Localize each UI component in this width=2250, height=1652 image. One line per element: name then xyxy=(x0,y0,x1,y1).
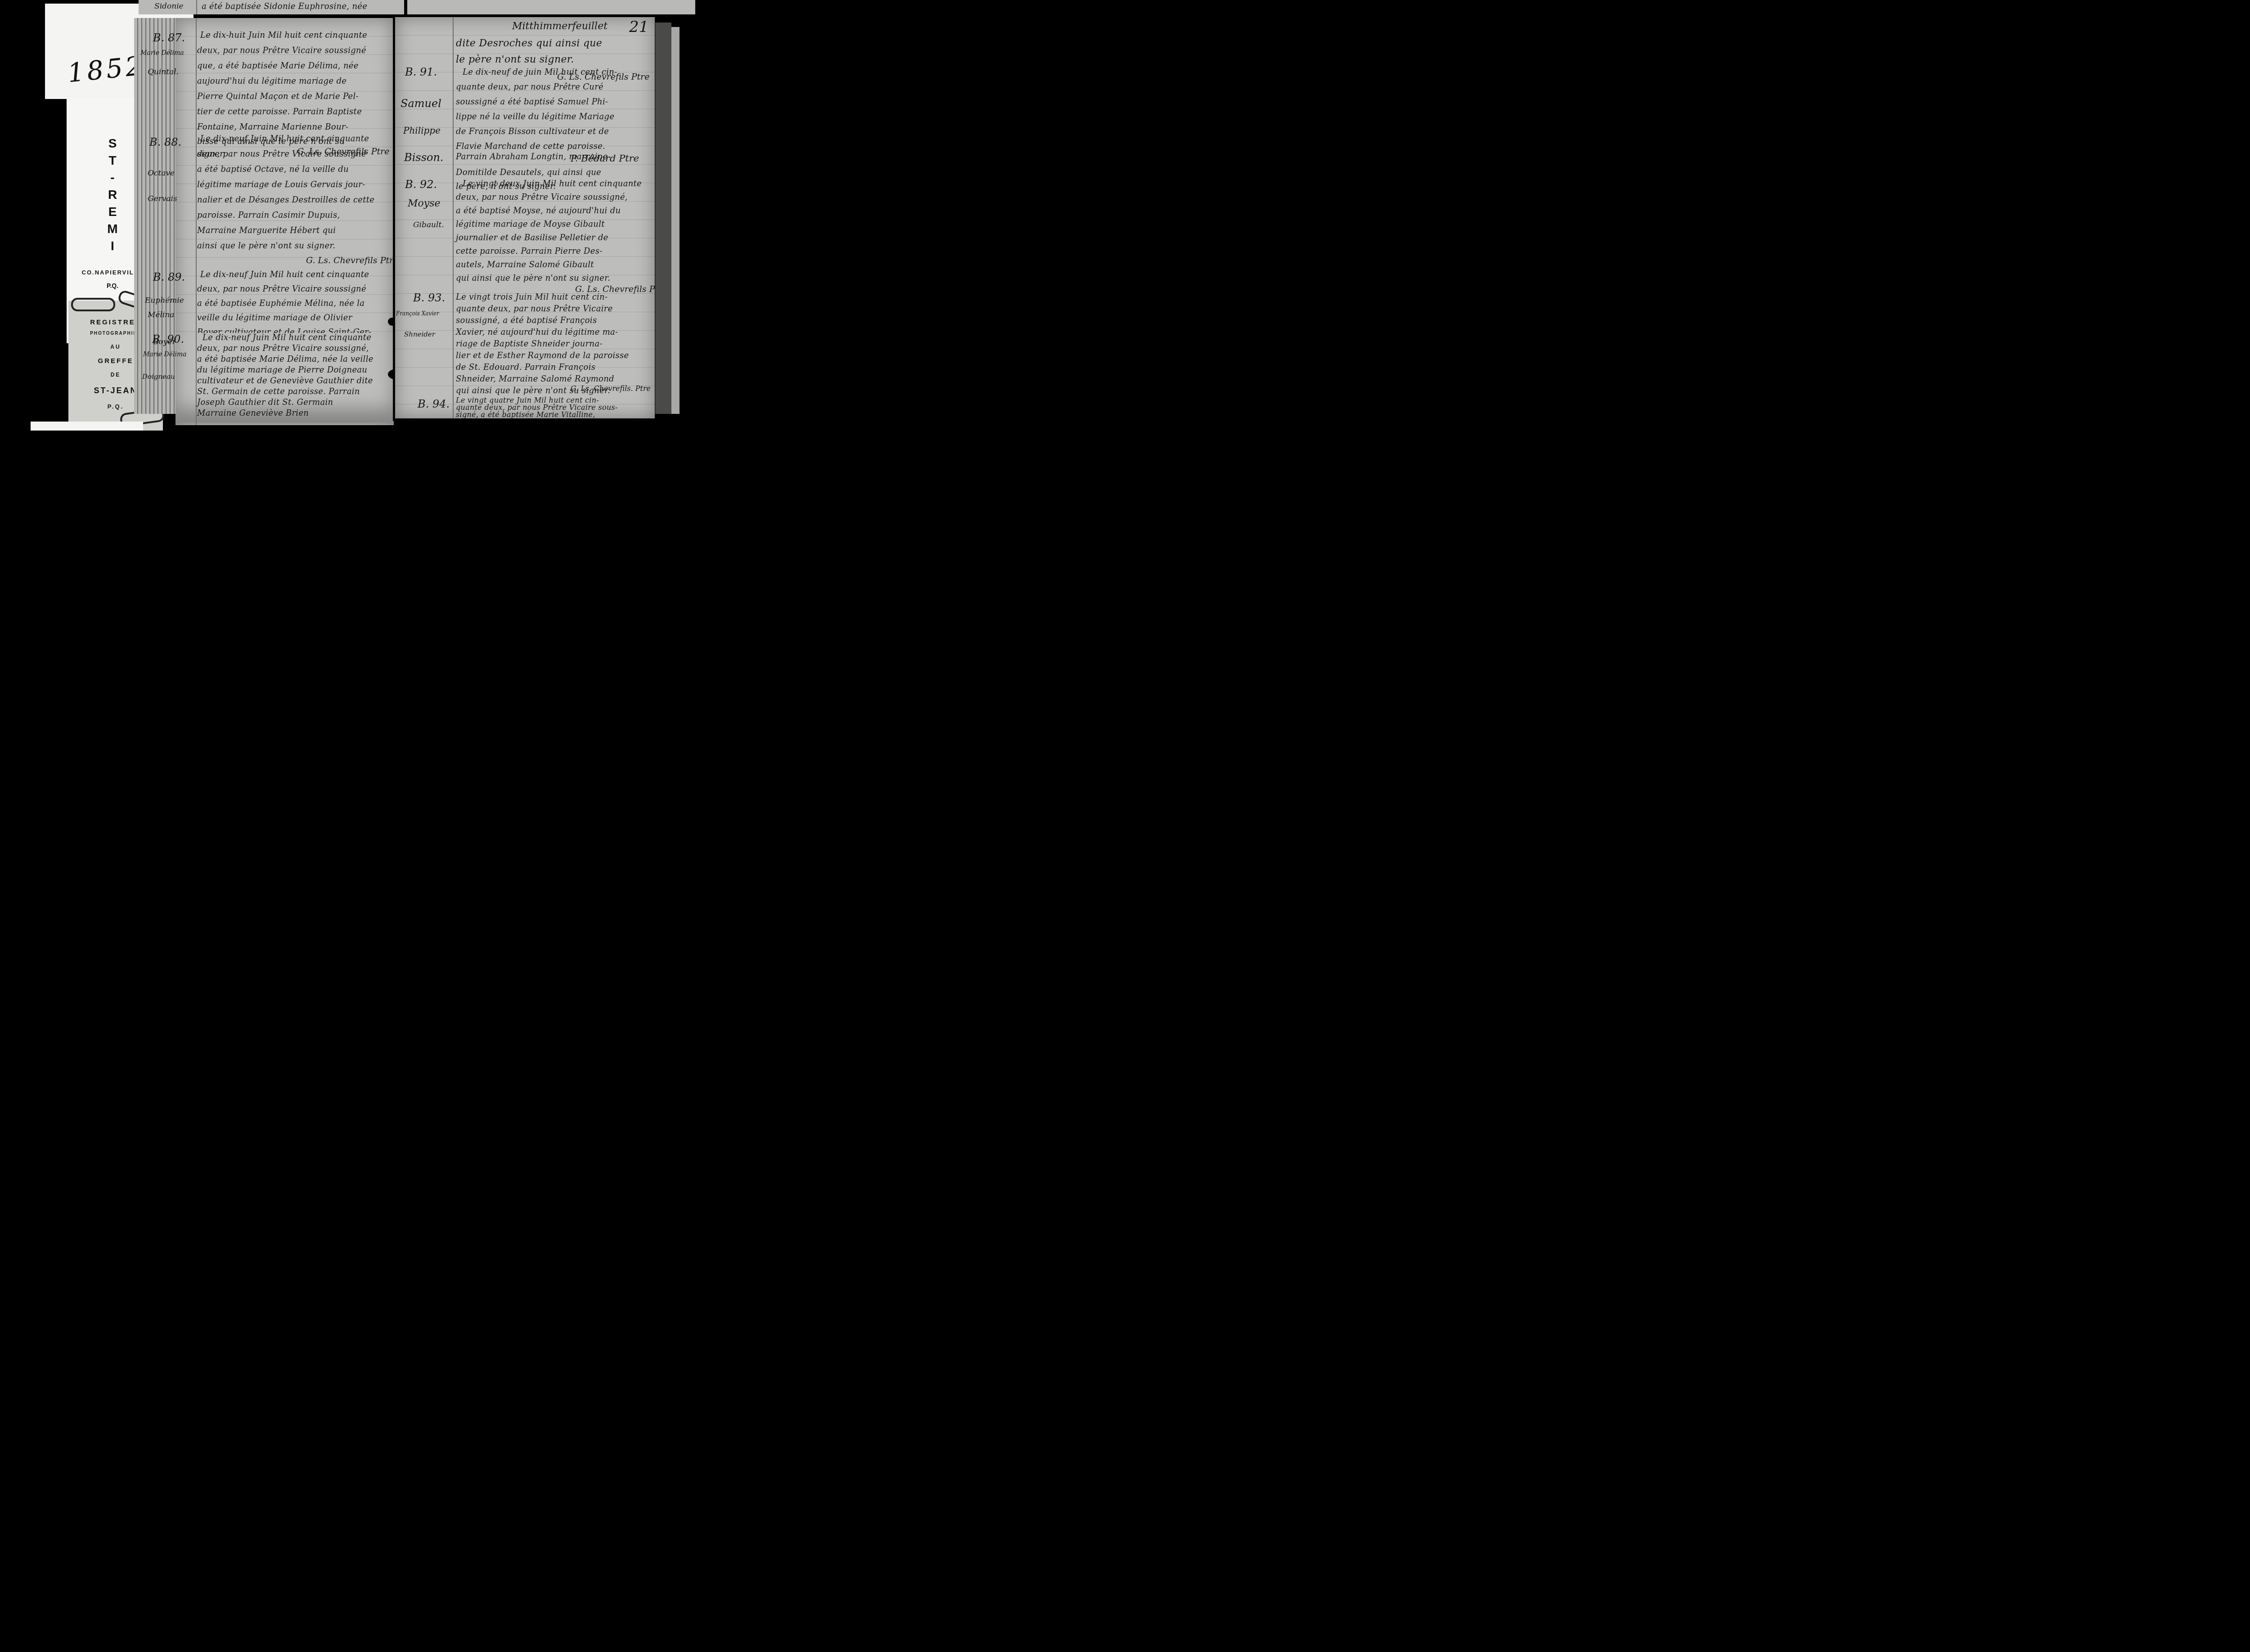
entry-margin-name: Shneider xyxy=(404,330,435,338)
priest-signature: G. Ls. Chevrefils Ptre xyxy=(306,256,398,265)
page-edge-shadow xyxy=(655,22,671,414)
register-page-left-lower: B. 90. Marie Délima Doigneau Le dix-neuf… xyxy=(175,333,394,423)
page-edge xyxy=(671,27,679,414)
paperclip-icon xyxy=(71,298,115,311)
margin-rule xyxy=(453,17,454,418)
entry-ref: B. 88. xyxy=(149,136,181,148)
entry-margin-name: Samuel xyxy=(400,97,441,110)
entry-ref: B. 91. xyxy=(405,66,437,78)
entry-ref: B. 89. xyxy=(153,271,185,283)
entry-margin-name: Mélina xyxy=(148,310,174,319)
entry-margin-name: Octave xyxy=(148,169,175,178)
entry-margin-name: Bisson. xyxy=(404,151,443,164)
prev-margin-name: Sidonie xyxy=(154,2,184,11)
entry-margin-name: Gervais xyxy=(148,194,177,203)
entry-ref: B. 90. xyxy=(152,333,184,346)
entry-ref: B. 94. xyxy=(418,398,450,410)
entry-margin-name: Quintal. xyxy=(148,67,179,76)
page-header: Mitthimmerfeuillet xyxy=(512,21,607,32)
entry-margin-name: Doigneau xyxy=(142,373,175,381)
entry-margin-name: Philippe xyxy=(403,125,441,136)
entry-margin-name: François Xavier xyxy=(396,310,439,317)
register-page-right: Mitthimmerfeuillet 21 dite Desroches qui… xyxy=(395,17,655,418)
entry-ref: B. 93. xyxy=(413,292,445,304)
priest-signature: P. Bédard Ptre xyxy=(571,153,639,164)
page-number: 21 xyxy=(629,18,648,36)
entry-ref: B. 87. xyxy=(153,31,185,44)
entry-margin-name: Marie Délima xyxy=(143,351,187,358)
previous-page-strip-left: Sidonie a été baptisée Sidonie Euphrosin… xyxy=(139,0,404,14)
prev-entry-line: a été baptisée Sidonie Euphrosine, née xyxy=(202,2,367,11)
entry-margin-name: Moyse xyxy=(408,198,441,209)
entry-ref: B. 92. xyxy=(405,178,437,191)
previous-page-strip-right xyxy=(407,0,695,14)
entry-margin-name: Gibault. xyxy=(413,220,444,229)
entry-margin-name: Euphémie xyxy=(145,296,184,305)
lower-tag xyxy=(31,422,143,431)
priest-signature: G. Ls. Chevrefils. Ptre xyxy=(571,384,651,393)
entry-margin-name: Marie Délima xyxy=(140,49,184,57)
